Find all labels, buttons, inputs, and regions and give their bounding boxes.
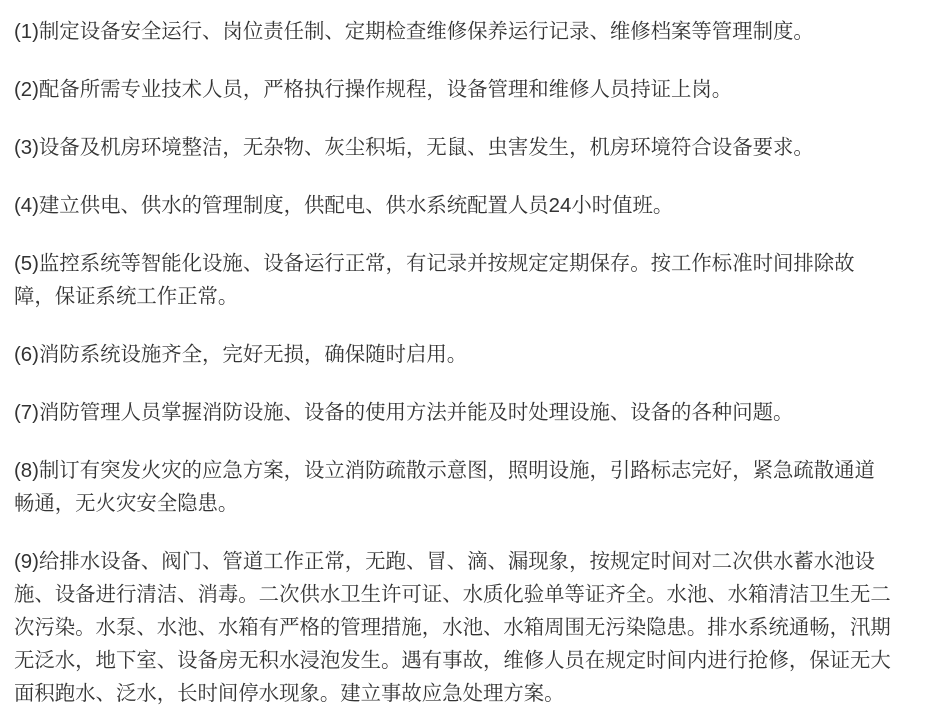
paragraph-2: (2)配备所需专业技术人员，严格执行操作规程，设备管理和维修人员持证上岗。 <box>14 74 894 107</box>
paragraph-7: (7)消防管理人员掌握消防设施、设备的使用方法并能及时处理设施、设备的各种问题。 <box>14 397 894 430</box>
document-body: (1)制定设备安全运行、岗位责任制、定期检查维修保养运行记录、维修档案等管理制度… <box>0 16 928 711</box>
paragraph-6: (6)消防系统设施齐全，完好无损，确保随时启用。 <box>14 339 894 372</box>
paragraph-1: (1)制定设备安全运行、岗位责任制、定期检查维修保养运行记录、维修档案等管理制度… <box>14 16 894 49</box>
paragraph-3: (3)设备及机房环境整洁，无杂物、灰尘积垢，无鼠、虫害发生，机房环境符合设备要求… <box>14 132 894 165</box>
paragraph-8: (8)制订有突发火灾的应急方案，设立消防疏散示意图，照明设施，引路标志完好，紧急… <box>14 455 894 521</box>
paragraph-9: (9)给排水设备、阀门、管道工作正常，无跑、冒、滴、漏现象，按规定时间对二次供水… <box>14 546 894 711</box>
paragraph-4: (4)建立供电、供水的管理制度，供配电、供水系统配置人员24小时值班。 <box>14 190 894 223</box>
paragraph-5: (5)监控系统等智能化设施、设备运行正常，有记录并按规定定期保存。按工作标准时间… <box>14 248 894 314</box>
